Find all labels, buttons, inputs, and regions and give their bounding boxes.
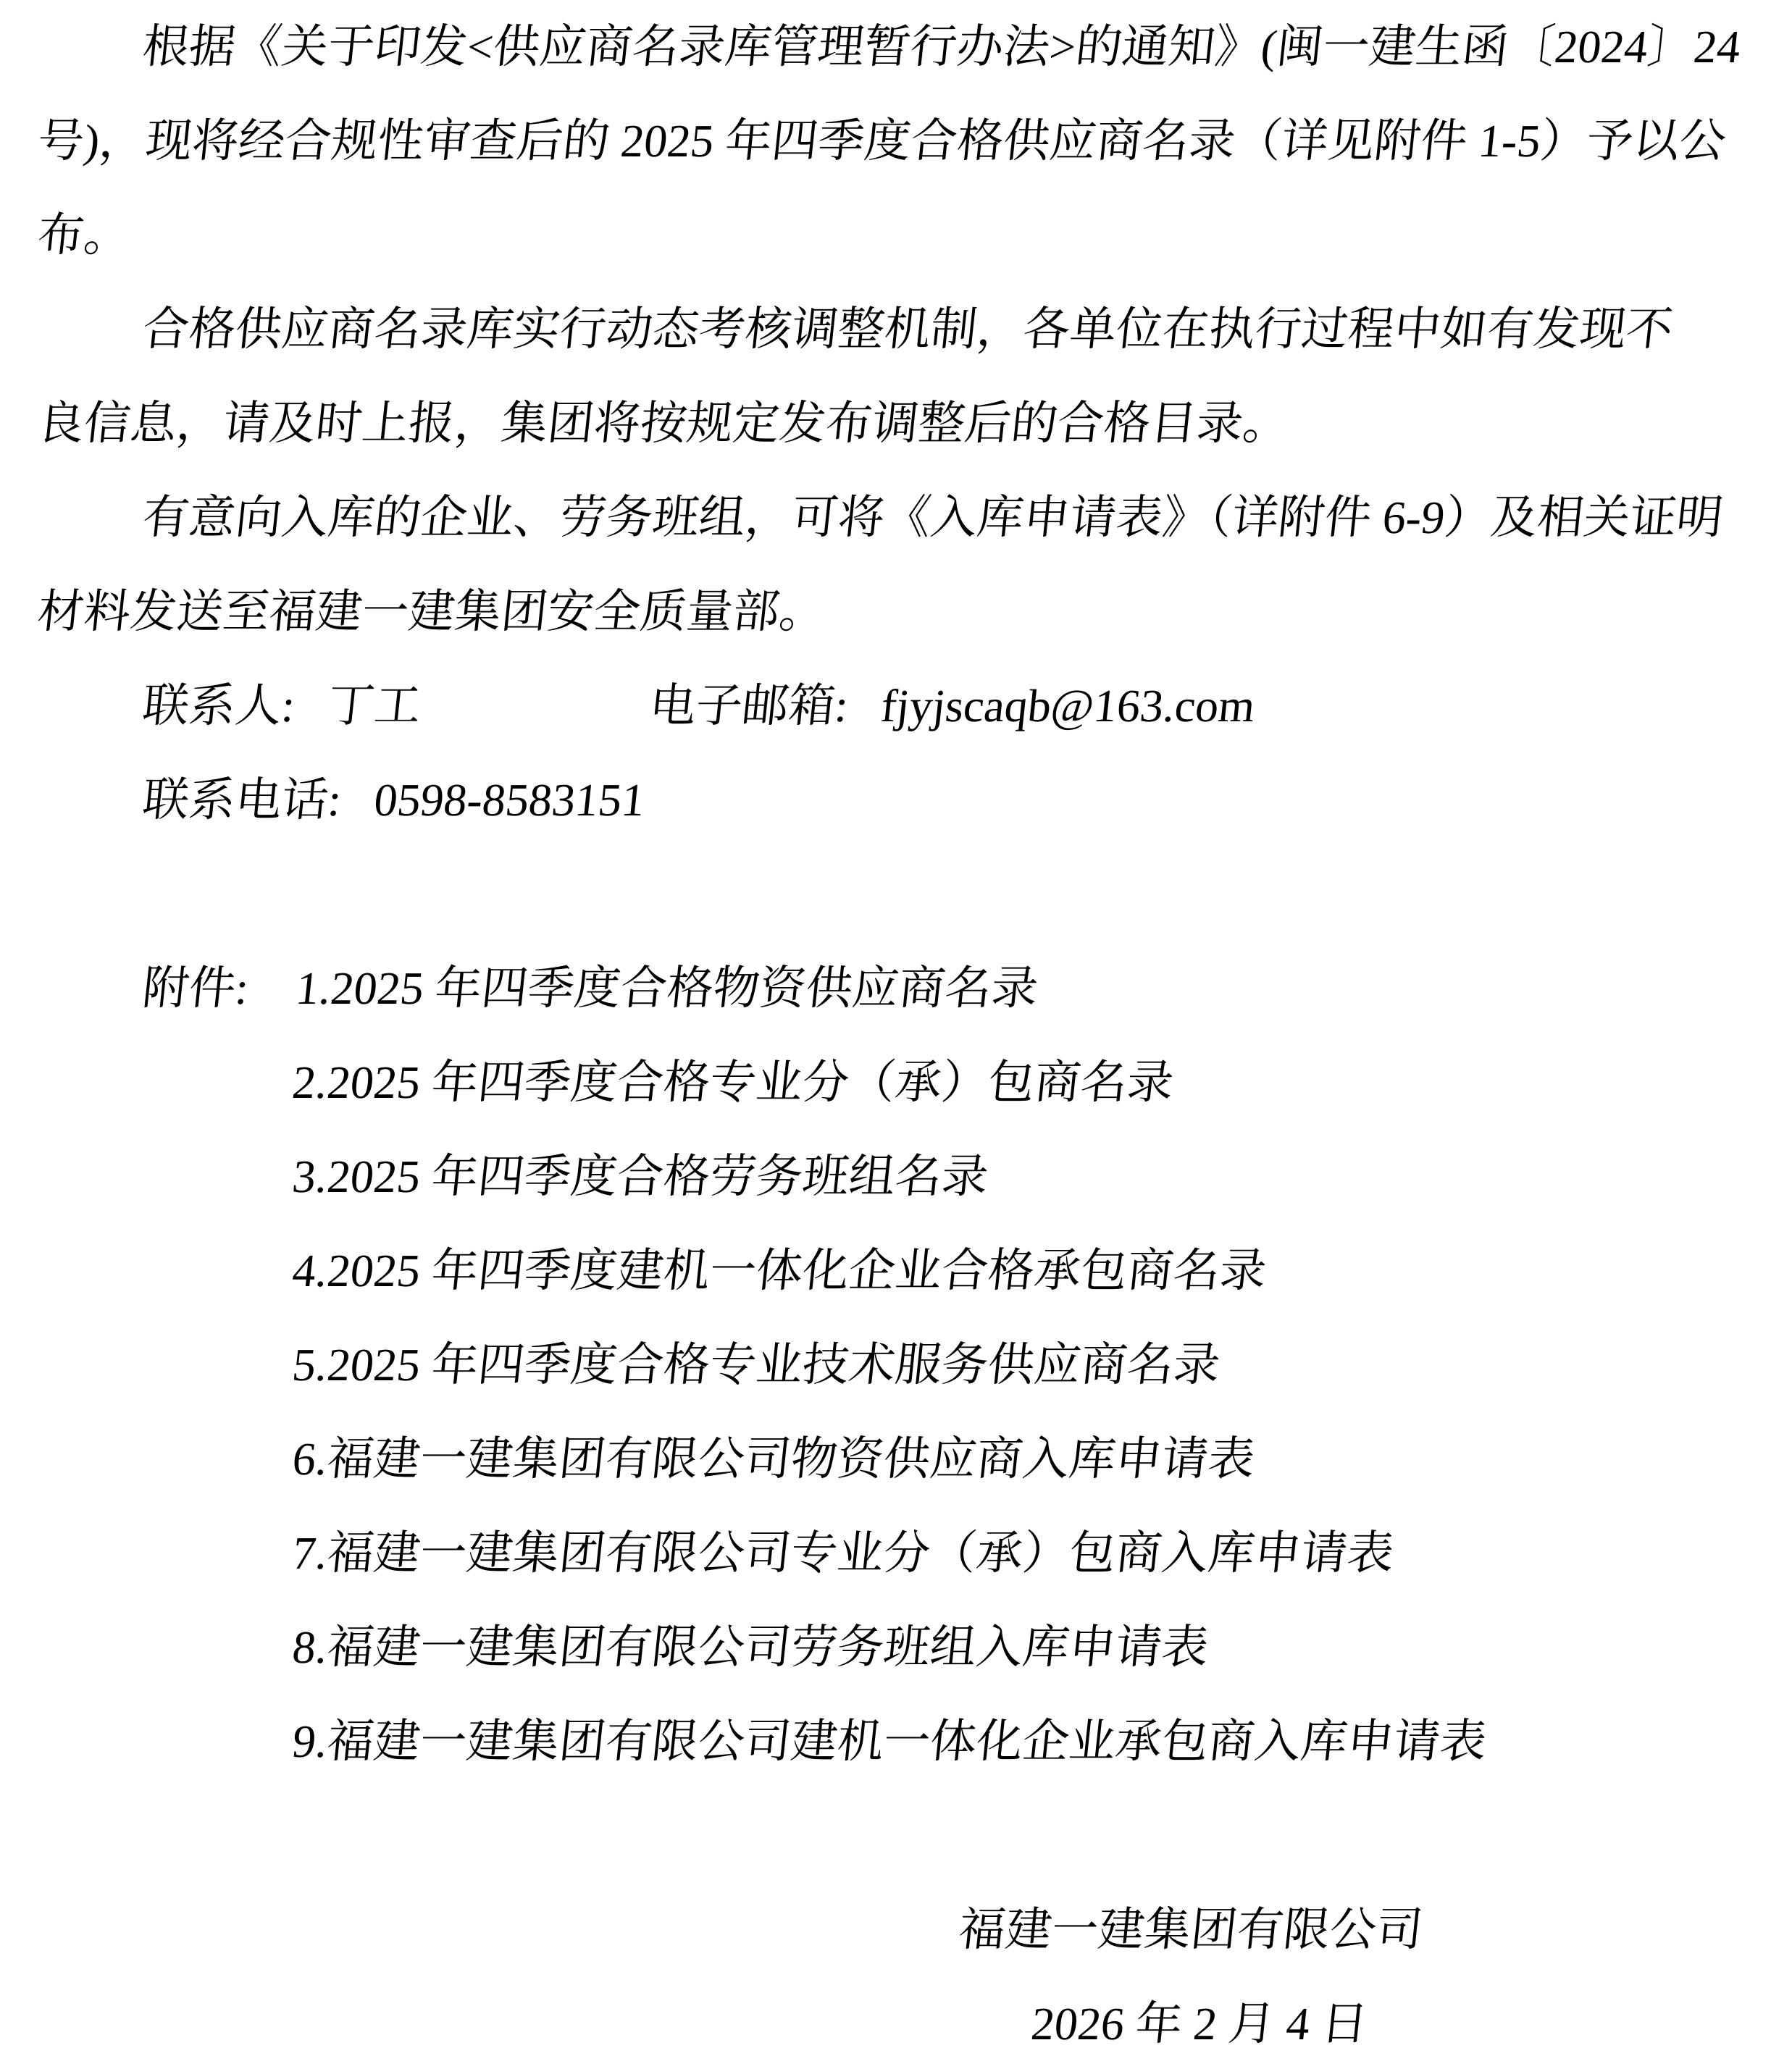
paragraph-2-line-1: 合格供应商名录库实行动态考核调整机制，各单位在执行过程中如有发现不: [0, 282, 1792, 377]
attachment-item-2: 2.2025 年四季度合格专业分（承）包商名录: [0, 1036, 1792, 1130]
contact-person-label: 联系人:: [140, 680, 297, 731]
contact-phone-label: 联系电话:: [140, 774, 343, 826]
paragraph-text: 良信息，请及时上报，集团将按规定发布调整后的合格目录。: [33, 377, 1294, 471]
blank-line: [0, 1789, 1792, 1883]
paragraph-text: 号)，现将经合规性审查后的 2025 年四季度合格供应商名录（详见附件 1-5）…: [33, 94, 1730, 188]
attachment-item: 9.福建一建集团有限公司建机一体化企业承包商入库申请表: [288, 1695, 1491, 1789]
attachment-item: 4.2025 年四季度建机一体化企业合格承包商名录: [288, 1224, 1271, 1318]
signature-date: 2026 年 2 月 4 日: [0, 1977, 1792, 2069]
paragraph-2-line-2: 良信息，请及时上报，集团将按规定发布调整后的合格目录。: [0, 377, 1792, 471]
attachment-item: 3.2025 年四季度合格劳务班组名录: [288, 1130, 993, 1224]
paragraph-1-line-1: 根据《关于印发<供应商名录库管理暂行办法>的通知》(闽一建生函〔2024〕24: [0, 0, 1792, 94]
paragraph-text: 根据《关于印发<供应商名录库管理暂行办法>的通知》(闽一建生函〔2024〕24: [138, 0, 1745, 94]
date-text: 2026 年 2 月 4 日: [1026, 1977, 1373, 2069]
attachment-item-3: 3.2025 年四季度合格劳务班组名录: [0, 1130, 1792, 1224]
contact-email-label: 电子邮箱:: [647, 680, 850, 731]
paragraph-text: 布。: [33, 188, 135, 282]
attachment-item: 2.2025 年四季度合格专业分（承）包商名录: [288, 1036, 1178, 1130]
contact-row-person-email: 联系人: 丁工 电子邮箱: fjyjscaqb@163.com: [0, 659, 1792, 753]
attachment-item: 7.福建一建集团有限公司专业分（承）包商入库申请表: [288, 1506, 1399, 1600]
attachment-item: 6.福建一建集团有限公司物资供应商入库申请表: [288, 1412, 1260, 1506]
attachment-item-7: 7.福建一建集团有限公司专业分（承）包商入库申请表: [0, 1506, 1792, 1600]
paragraph-text: 合格供应商名录库实行动态考核调整机制，各单位在执行过程中如有发现不: [138, 282, 1678, 377]
attachment-item-4: 4.2025 年四季度建机一体化企业合格承包商名录: [0, 1224, 1792, 1318]
attachments-label: 附件:: [140, 962, 251, 1014]
paragraph-text: 材料发送至福建一建集团安全质量部。: [33, 565, 831, 659]
paragraph-1-line-2: 号)，现将经合规性审查后的 2025 年四季度合格供应商名录（详见附件 1-5）…: [0, 94, 1792, 188]
contact-person-name: 丁工: [325, 680, 423, 731]
paragraph-text: 有意向入库的企业、劳务班组，可将《入库申请表》（详附件 6-9）及相关证明: [138, 471, 1728, 565]
attachment-item-5: 5.2025 年四季度合格专业技术服务供应商名录: [0, 1318, 1792, 1412]
paragraph-1-line-3: 布。: [0, 188, 1792, 282]
paragraph-3-line-2: 材料发送至福建一建集团安全质量部。: [0, 565, 1792, 659]
attachment-item-8: 8.福建一建集团有限公司劳务班组入库申请表: [0, 1600, 1792, 1695]
attachment-item: 5.2025 年四季度合格专业技术服务供应商名录: [288, 1318, 1225, 1412]
contact-phone-value: 0598-8583151: [372, 774, 648, 826]
contact-email-value: fjyjscaqb@163.com: [879, 680, 1257, 731]
blank-line: [0, 847, 1792, 941]
document-page: 根据《关于印发<供应商名录库管理暂行办法>的通知》(闽一建生函〔2024〕24 …: [0, 0, 1792, 2069]
paragraph-3-line-1: 有意向入库的企业、劳务班组，可将《入库申请表》（详附件 6-9）及相关证明: [0, 471, 1792, 565]
signature-company: 福建一建集团有限公司: [0, 1883, 1792, 1977]
attachment-item-9: 9.福建一建集团有限公司建机一体化企业承包商入库申请表: [0, 1695, 1792, 1789]
attachment-item-6: 6.福建一建集团有限公司物资供应商入库申请表: [0, 1412, 1792, 1506]
attachments-row-1: 附件: 1.2025 年四季度合格物资供应商名录: [0, 941, 1792, 1036]
attachment-item: 8.福建一建集团有限公司劳务班组入库申请表: [288, 1600, 1213, 1695]
attachment-item: 1.2025 年四季度合格物资供应商名录: [293, 962, 1040, 1014]
company-name: 福建一建集团有限公司: [954, 1883, 1428, 1977]
contact-row-phone: 联系电话: 0598-8583151: [0, 753, 1792, 847]
